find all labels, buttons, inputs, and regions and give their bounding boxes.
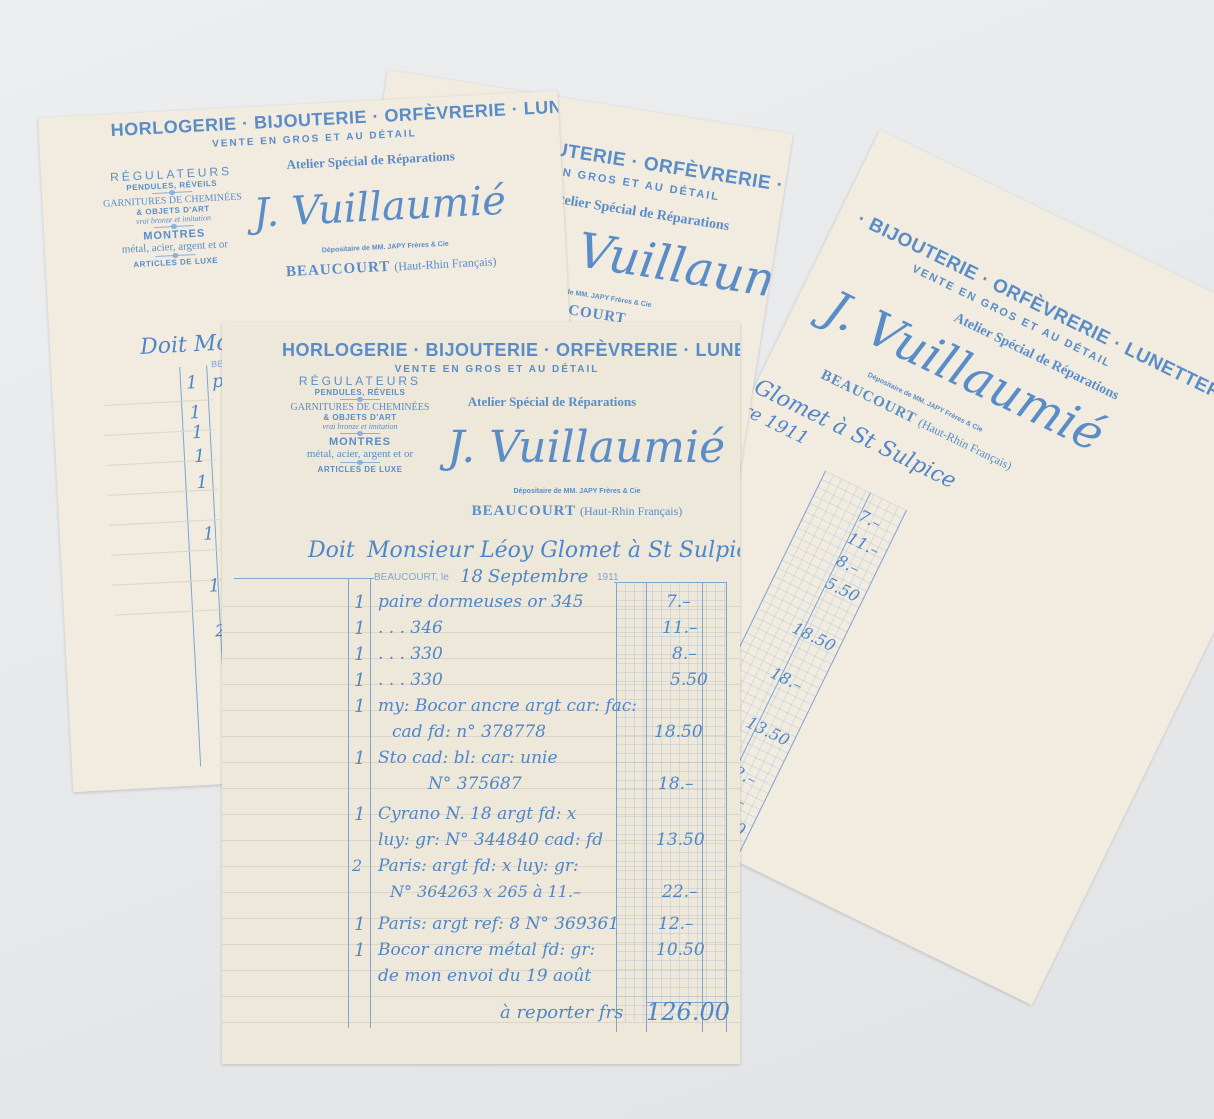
qty-cell: 1 [186,372,199,394]
item-qty: 1 [354,618,365,639]
amount-column-mid-rule [646,582,647,1032]
letterhead-trades: HORLOGERIE · BIJOUTERIE · ORFÈVRERIE · L… [282,340,702,361]
item-amount: 7.– [666,592,691,612]
item-description: Sto cad: bl: car: unie [378,748,558,768]
item-amount: 8.– [672,644,697,664]
carry-forward-label: à reporter frs [500,1002,623,1023]
qty-column-right-rule [370,578,371,1028]
product-montres: MONTRES [290,436,430,448]
item-qty: 1 [354,670,365,691]
letterhead-depositaire: Dépositaire de MM. JAPY Frères & Cie [447,488,707,495]
ruled-line [114,609,224,616]
item-qty: 1 [354,644,365,665]
item-description: my: Bocor ancre argt car: fac: [378,696,637,716]
letterhead-workshop: Atelier Spécial de Réparations [422,394,682,410]
item-description: Paris: argt fd: x luy: gr: [378,856,579,876]
region-name: (Haut-Rhin Français) [394,254,497,273]
item-qty: 1 [354,592,365,613]
item-description: cad fd: n° 378778 [392,722,546,742]
item-qty: 2 [352,856,362,875]
amount-column-left-rule [616,582,617,1032]
qty-cell: 1 [193,446,206,468]
ruled-line [111,549,221,556]
item-description: . . . 330 [378,644,443,664]
item-amount: 10.50 [656,940,705,960]
item-amount: 12.– [658,914,694,934]
invoice-total: 126.00 [646,998,730,1026]
item-amount: 5.50 [670,670,708,690]
doit-prefix: Doit [308,538,355,563]
qty-cell: 1 [189,402,202,424]
customer-line: Monsieur Léoy Glomet à St Sulpice [367,538,740,563]
item-amount: 18.– [658,774,694,794]
qty-column-left-rule [348,578,349,1028]
city-name: BEAUCOURT [472,503,576,519]
product-pendules: PENDULES, RÉVEILS [290,388,430,397]
item-qty: 1 [354,748,365,769]
item-amount: 18.50 [654,722,703,742]
item-description: paire dormeuses or 345 [378,592,584,612]
item-description: de mon envoi du 19 août [378,966,591,986]
item-amount: 22.– [662,882,698,902]
ornament-icon [340,433,380,434]
product-regulateurs: RÉGULATEURS [290,374,430,388]
qty-cell: 1 [208,575,221,597]
item-description: luy: gr: N° 344840 cad: fd [378,830,603,850]
item-qty: 1 [354,914,365,935]
place-date-prefix: BEAUCOURT, le [374,572,449,583]
letterhead-workshop: Atelier Spécial de Réparations [240,146,500,176]
letterhead-owner-name: J. Vuillaumié [252,178,507,237]
letterhead-city: BEAUCOURT (Haut-Rhin Français) [442,502,712,520]
product-luxe: ARTICLES DE LUXE [290,465,430,474]
cents-column-rule [702,582,703,1032]
item-description: N° 375687 [428,774,522,794]
amount-column-right-rule [726,582,727,1032]
letterhead-owner-name: J. Vuillaumié [447,422,725,473]
invoice-sheet-front: HORLOGERIE · BIJOUTERIE · ORFÈVRERIE · L… [222,322,740,1064]
qty-cell: 1 [202,523,215,545]
ornament-icon [340,399,380,400]
product-garnitures: GARNITURES DE CHEMINÉES [290,402,430,413]
letterhead-city: BEAUCOURT (Haut-Rhin Français) [266,251,517,282]
ruled-line [113,579,223,586]
item-qty: 1 [354,940,365,961]
product-metaux: métal, acier, argent et or [290,448,430,460]
item-description: N° 364263 x 265 à 11.– [390,882,581,901]
letterhead-product-list: RÉGULATEURS PENDULES, RÉVEILS GARNITURES… [96,163,251,271]
product-objets: & OBJETS D'ART [290,413,430,422]
item-description: . . . 330 [378,670,443,690]
item-description: Cyrano N. 18 argt fd: x [378,804,576,824]
letterhead-product-list: RÉGULATEURS PENDULES, RÉVEILS GARNITURES… [290,374,430,474]
ornament-icon [340,462,380,463]
item-description: Bocor ancre métal fd: gr: [378,940,595,960]
date-day: 18 [460,566,483,587]
item-description: Paris: argt ref: 8 N° 369361 [378,914,619,934]
item-description: . . . 346 [378,618,443,638]
item-amount: 13.50 [656,830,705,850]
qty-cell: 1 [191,422,204,444]
qty-cell: 1 [196,472,209,494]
product-bronze: vrai bronze et imitation [290,422,430,431]
date-month: Septembre [488,566,588,587]
item-qty: 1 [354,804,365,825]
date-rule [234,578,374,579]
item-amount: 11.– [662,618,698,638]
item-qty: 1 [354,696,365,717]
city-name: BEAUCOURT [286,259,391,280]
region-name: (Haut-Rhin Français) [580,504,682,518]
